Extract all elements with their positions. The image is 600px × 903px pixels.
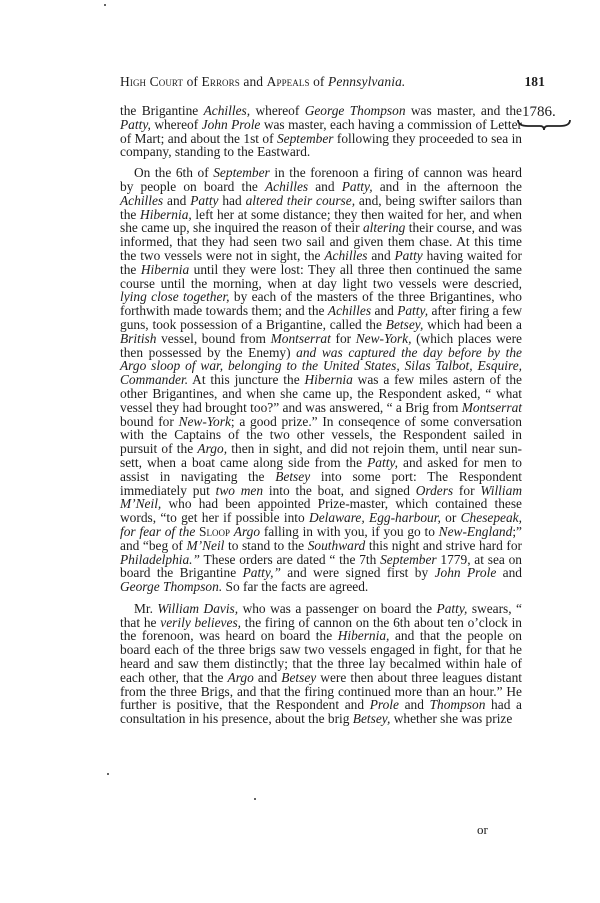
title-part-appeals: Appeals: [267, 74, 310, 89]
italic-text: Prole: [370, 697, 399, 712]
italic-text: Hibernia: [304, 372, 352, 387]
roman-text: into the boat, and signed: [263, 483, 416, 498]
roman-text: whether she was prize: [390, 711, 512, 726]
roman-text: Mr.: [134, 601, 157, 616]
roman-text: the Brigantine: [120, 103, 204, 118]
small-caps-text: Sloop: [199, 524, 230, 539]
italic-text: Patty,: [437, 601, 468, 616]
speck: [104, 4, 106, 6]
italic-text: Argo,: [197, 441, 227, 456]
italic-text: Achilles: [324, 248, 367, 263]
italic-text: John Prole: [202, 117, 261, 132]
roman-text: and: [163, 193, 190, 208]
roman-text: had: [218, 193, 245, 208]
italic-text: Delaware, Egg-harbour,: [309, 510, 441, 525]
italic-text: Argo: [228, 670, 254, 685]
book-page: High Court of Errors and Appeals of Penn…: [0, 0, 600, 903]
italic-text: Betsey,: [353, 711, 391, 726]
italic-text: two men: [216, 483, 263, 498]
catchword: or: [477, 822, 488, 838]
roman-text: to stand to the: [224, 538, 307, 553]
roman-text: and: [254, 670, 281, 685]
roman-text: At this juncture the: [188, 372, 304, 387]
italic-text: Achilles: [120, 193, 163, 208]
title-part-and: and: [240, 74, 267, 89]
italic-text: altered their course,: [246, 193, 356, 208]
italic-text: September: [213, 165, 270, 180]
italic-text: Philadelphia.”: [120, 552, 200, 567]
italic-text: altering: [363, 220, 405, 235]
running-head: High Court of Errors and Appeals of Penn…: [120, 74, 545, 94]
roman-text: and in the afternoon the: [373, 179, 522, 194]
italic-text: George Thompson: [305, 103, 406, 118]
italic-text: M’Neil: [186, 538, 224, 553]
roman-text: this night and strive hard for: [365, 538, 522, 553]
italic-text: Hibernia: [141, 262, 189, 277]
italic-text: British: [120, 331, 156, 346]
italic-text: Montserrat: [271, 331, 331, 346]
italic-text: Thompson: [430, 697, 486, 712]
italic-text: Patty,”: [243, 565, 281, 580]
italic-text: Argo: [234, 524, 260, 539]
roman-text: whereof: [151, 117, 202, 132]
italic-text: Orders: [416, 483, 453, 498]
roman-text: and were signed first by: [281, 565, 435, 580]
italic-text: John Prole: [435, 565, 497, 580]
speck: [254, 798, 256, 800]
italic-text: Patty,: [397, 303, 428, 318]
body-text: the Brigantine Achilles, whereof George …: [120, 104, 522, 726]
italic-text: Achilles: [328, 303, 371, 318]
italic-text: Patty,: [342, 179, 373, 194]
title-part-pennsylvania: Pennsylvania.: [328, 74, 405, 89]
italic-text: Betsey,: [386, 317, 424, 332]
italic-text: September: [277, 131, 334, 146]
roman-text: bound for: [120, 414, 179, 429]
italic-text: Betsey: [275, 469, 310, 484]
italic-text: Hibernia,: [338, 628, 390, 643]
title-part-errors: Errors: [202, 74, 240, 89]
italic-text: Montserrat: [462, 400, 522, 415]
paragraph-2: On the 6th of September in the forenoon …: [120, 166, 522, 594]
roman-text: and: [371, 303, 397, 318]
roman-text: who was a passenger on board the: [238, 601, 436, 616]
italic-text: Patty,: [120, 117, 151, 132]
roman-text: for: [453, 483, 480, 498]
roman-text: falling in with you, if you go to: [260, 524, 439, 539]
italic-text: Patty,: [367, 455, 398, 470]
curly-brace-icon: [516, 119, 572, 131]
roman-text: and: [399, 697, 430, 712]
page-number: 181: [524, 74, 545, 90]
italic-text: William Davis,: [157, 601, 238, 616]
paragraph-3: Mr. William Davis, who was a passenger o…: [120, 602, 522, 726]
title-part-of-2: of: [310, 74, 328, 89]
italic-text: Achilles: [265, 179, 308, 194]
italic-text: New-York,: [356, 331, 412, 346]
italic-text: Achilles,: [204, 103, 250, 118]
speck: [107, 773, 109, 775]
roman-text: vessel, bound from: [156, 331, 270, 346]
roman-text: for: [331, 331, 356, 346]
italic-text: George Thompson.: [120, 579, 222, 594]
roman-text: which had been a: [423, 317, 522, 332]
roman-text: and: [308, 179, 342, 194]
roman-text: or: [441, 510, 461, 525]
italic-text: Betsey: [281, 670, 316, 685]
italic-text: New-England: [439, 524, 513, 539]
italic-text: September: [380, 552, 437, 567]
paragraph-1: the Brigantine Achilles, whereof George …: [120, 104, 522, 159]
roman-text: On the 6th of: [134, 165, 213, 180]
italic-text: Patty: [394, 248, 422, 263]
roman-text: and: [367, 248, 394, 263]
roman-text: These orders are dated “ the 7th: [200, 552, 380, 567]
roman-text: So far the facts are agreed.: [222, 579, 368, 594]
title-part-of: of: [183, 74, 201, 89]
italic-text: Patty: [190, 193, 218, 208]
roman-text: whereof: [250, 103, 305, 118]
roman-text: and: [496, 565, 522, 580]
running-head-title: High Court of Errors and Appeals of Penn…: [120, 74, 405, 90]
italic-text: Southward: [308, 538, 366, 553]
italic-text: New-York: [179, 414, 231, 429]
italic-text: verily believes,: [160, 615, 241, 630]
roman-text: was master, and the: [406, 103, 522, 118]
title-part-high-court: High Court: [120, 74, 183, 89]
italic-text: Hibernia,: [140, 207, 192, 222]
italic-text: lying close together,: [120, 289, 230, 304]
